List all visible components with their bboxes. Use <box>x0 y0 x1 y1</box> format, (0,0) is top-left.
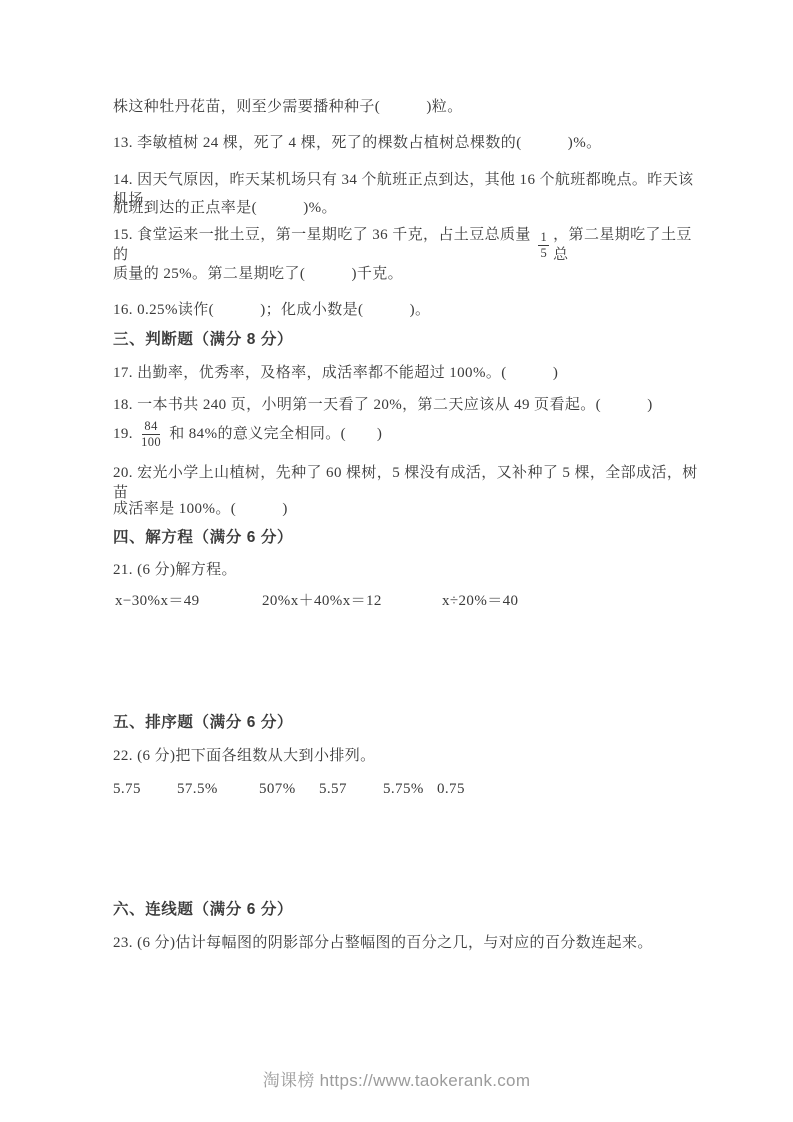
sort-number-5: 5.75% <box>383 779 424 799</box>
question-14-line2: 航班到达的正点率是( )%。 <box>113 198 703 218</box>
question-22: 22. (6 分)把下面各组数从大到小排列。 <box>113 746 703 766</box>
question-23: 23. (6 分)估计每幅图的阴影部分占整幅图的百分之几，与对应的百分数连起来。 <box>113 933 703 953</box>
sort-number-1: 5.75 <box>113 779 141 799</box>
question-15-line2: 质量的 25%。第二星期吃了( )千克。 <box>113 264 703 284</box>
equation-2: 20%x＋40%x＝12 <box>262 591 382 611</box>
fraction-numerator: 84 <box>142 419 159 434</box>
sort-number-3: 507% <box>259 779 296 799</box>
fraction-denominator: 100 <box>141 435 161 449</box>
question-15-text-after: ，第二星期吃了土豆总 <box>553 225 703 265</box>
section-heading-judgement: 三、判断题（满分 8 分） <box>113 330 703 350</box>
question-18: 18. 一本书共 240 页，小明第一天看了 20%，第二天应该从 49 页看起… <box>113 395 703 415</box>
question-12-continuation: 株这种牡丹花苗，则至少需要播种种子( )粒。 <box>113 97 703 117</box>
equation-1: x−30%x＝49 <box>115 591 200 611</box>
question-19-prefix: 19. <box>113 424 137 444</box>
equation-3: x÷20%＝40 <box>442 591 518 611</box>
fraction-one-fifth: 15 <box>538 230 549 260</box>
question-16: 16. 0.25%读作( )；化成小数是( )。 <box>113 300 703 320</box>
question-21: 21. (6 分)解方程。 <box>113 560 703 580</box>
question-15-text-before: 15. 食堂运来一批土豆，第一星期吃了 36 千克，占土豆总质量的 <box>113 225 534 265</box>
question-15-line1: 15. 食堂运来一批土豆，第一星期吃了 36 千克，占土豆总质量的15，第二星期… <box>113 224 703 266</box>
sort-number-4: 5.57 <box>319 779 347 799</box>
sort-number-6: 0.75 <box>437 779 465 799</box>
question-20-line2: 成活率是 100%。( ) <box>113 499 703 519</box>
section-heading-matching: 六、连线题（满分 6 分） <box>113 900 703 920</box>
fraction-numerator: 1 <box>538 230 549 245</box>
question-17: 17. 出勤率，优秀率，及格率，成活率都不能超过 100%。( ) <box>113 363 703 383</box>
fraction-denominator: 5 <box>540 246 547 260</box>
question-19-suffix: 和 84%的意义完全相同。( ) <box>165 424 382 444</box>
equation-row: x−30%x＝49 20%x＋40%x＝12 x÷20%＝40 <box>113 591 703 611</box>
question-19: 19. 84100 和 84%的意义完全相同。( ) <box>113 413 703 455</box>
exam-paper-page: 株这种牡丹花苗，则至少需要播种种子( )粒。 13. 李敏植树 24 棵，死了 … <box>0 0 793 1122</box>
question-20-line1: 20. 宏光小学上山植树，先种了 60 棵树，5 棵没有成活，又补种了 5 棵，… <box>113 463 703 503</box>
fraction-84-100: 84100 <box>141 419 161 449</box>
question-13: 13. 李敏植树 24 棵，死了 4 棵，死了的棵数占植树总棵数的( )%。 <box>113 133 703 153</box>
section-heading-sorting: 五、排序题（满分 6 分） <box>113 713 703 733</box>
sort-number-2: 57.5% <box>177 779 218 799</box>
watermark-footer: 淘课榜 https://www.taokerank.com <box>0 1066 793 1091</box>
section-heading-equations: 四、解方程（满分 6 分） <box>113 528 703 548</box>
number-row: 5.75 57.5% 507% 5.57 5.75% 0.75 <box>113 779 703 799</box>
